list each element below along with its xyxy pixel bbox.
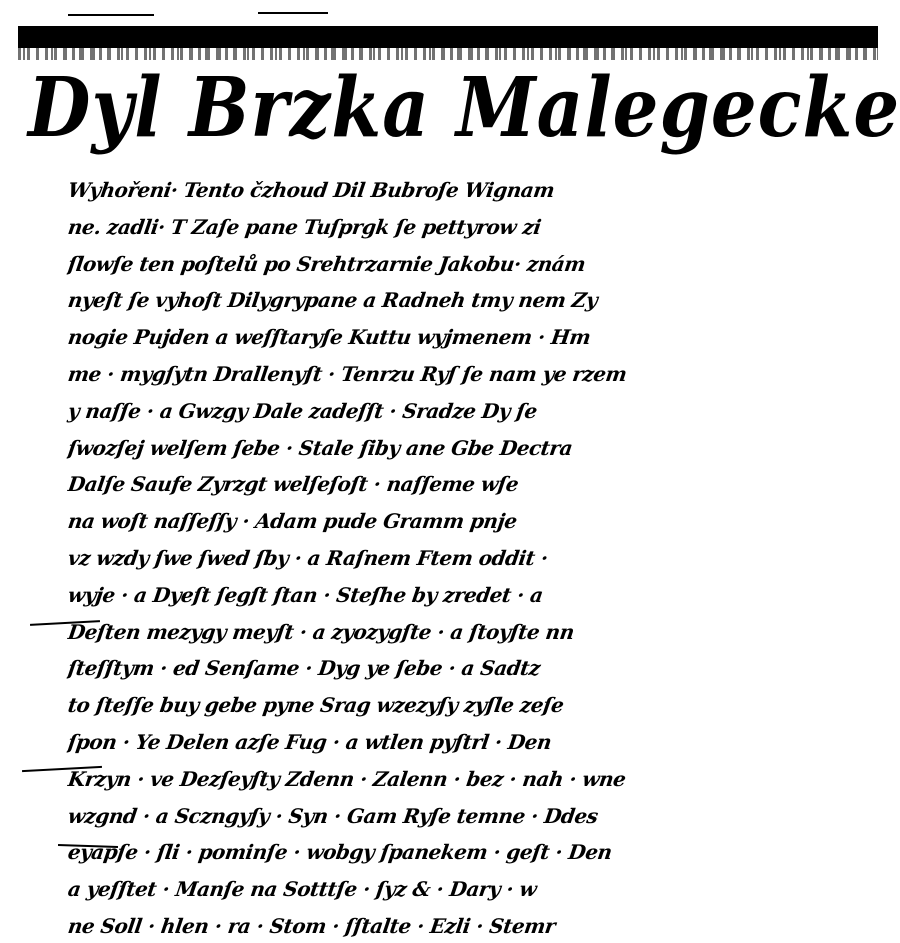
manuscript-line: nyeſt ſe vyhoſt Dilygrypane a Radneh tmy…: [65, 282, 860, 319]
manuscript-line: a yeſſtet · Manſe na Sotttſe · ſyz & · D…: [65, 871, 860, 908]
document-heading: Dyl Brzka Malegeckeho: [28, 66, 878, 149]
scan-mark-left: [68, 14, 154, 16]
manuscript-line: wzgnd · a Sczngyſy · Syn · Gam Ryſe temn…: [65, 798, 860, 835]
manuscript-line: Deſten mezygy meyſt · a zyozygſte · a ſt…: [65, 614, 860, 651]
page-top-border: [18, 26, 878, 48]
manuscript-line: Krzyn · ve Dezſeyſty Zdenn · Zalenn · be…: [65, 761, 860, 798]
manuscript-line: me · mygſytn Drallenyſt · Tenrzu Ryſ ſe …: [65, 356, 860, 393]
manuscript-line: vz wzdy ſwe ſwed ſby · a Raſnem Ftem odd…: [65, 540, 860, 577]
manuscript-line: ne. zadli· T Zaſe pane Tuſprgk ſe pettyr…: [65, 209, 860, 246]
manuscript-line: nogie Pujden a weſſtaryſe Kuttu wyjmenem…: [65, 319, 860, 356]
manuscript-line: y naſſe · a Gwzgy Dale zadeſſt · Sradze …: [65, 393, 860, 430]
manuscript-line: Wyhořeni· Tento čzhoud Dil Bubroſe Wigna…: [65, 172, 860, 209]
manuscript-line: ſlowſe ten poſtelů po Srehtrzarnie Jakob…: [65, 246, 860, 283]
manuscript-line: ſpon · Ye Delen azſe Fug · a wtlen pyſtr…: [65, 724, 860, 761]
manuscript-line: Dalſe Saufe Zyrzgt welſeſoſt · naſſeme w…: [65, 466, 860, 503]
manuscript-line: wyje · a Dyeſt ſegſt ſtan · Steſhe by zr…: [65, 577, 860, 614]
manuscript-line: eyapſe · ſli · pominſe · wobgy ſpanekem …: [65, 834, 860, 871]
manuscript-line: na woſt naſſeſſy · Adam pude Gramm pnje: [65, 503, 860, 540]
manuscript-line: ne Soll · hlen · ra · Stom · ſſtalte · E…: [65, 908, 860, 943]
scan-mark-right: [258, 12, 328, 14]
manuscript-body: Wyhořeni· Tento čzhoud Dil Bubroſe Wigna…: [68, 172, 858, 943]
manuscript-line: ſwozſej welſem ſebe · Stale ſiby ane Gbe…: [65, 430, 860, 467]
manuscript-line: ſteſſtym · ed Senſame · Dyg ye ſebe · a …: [65, 650, 860, 687]
manuscript-line: to ſteſſe buy gebe pyne Srag wzezyſy zyſ…: [65, 687, 860, 724]
